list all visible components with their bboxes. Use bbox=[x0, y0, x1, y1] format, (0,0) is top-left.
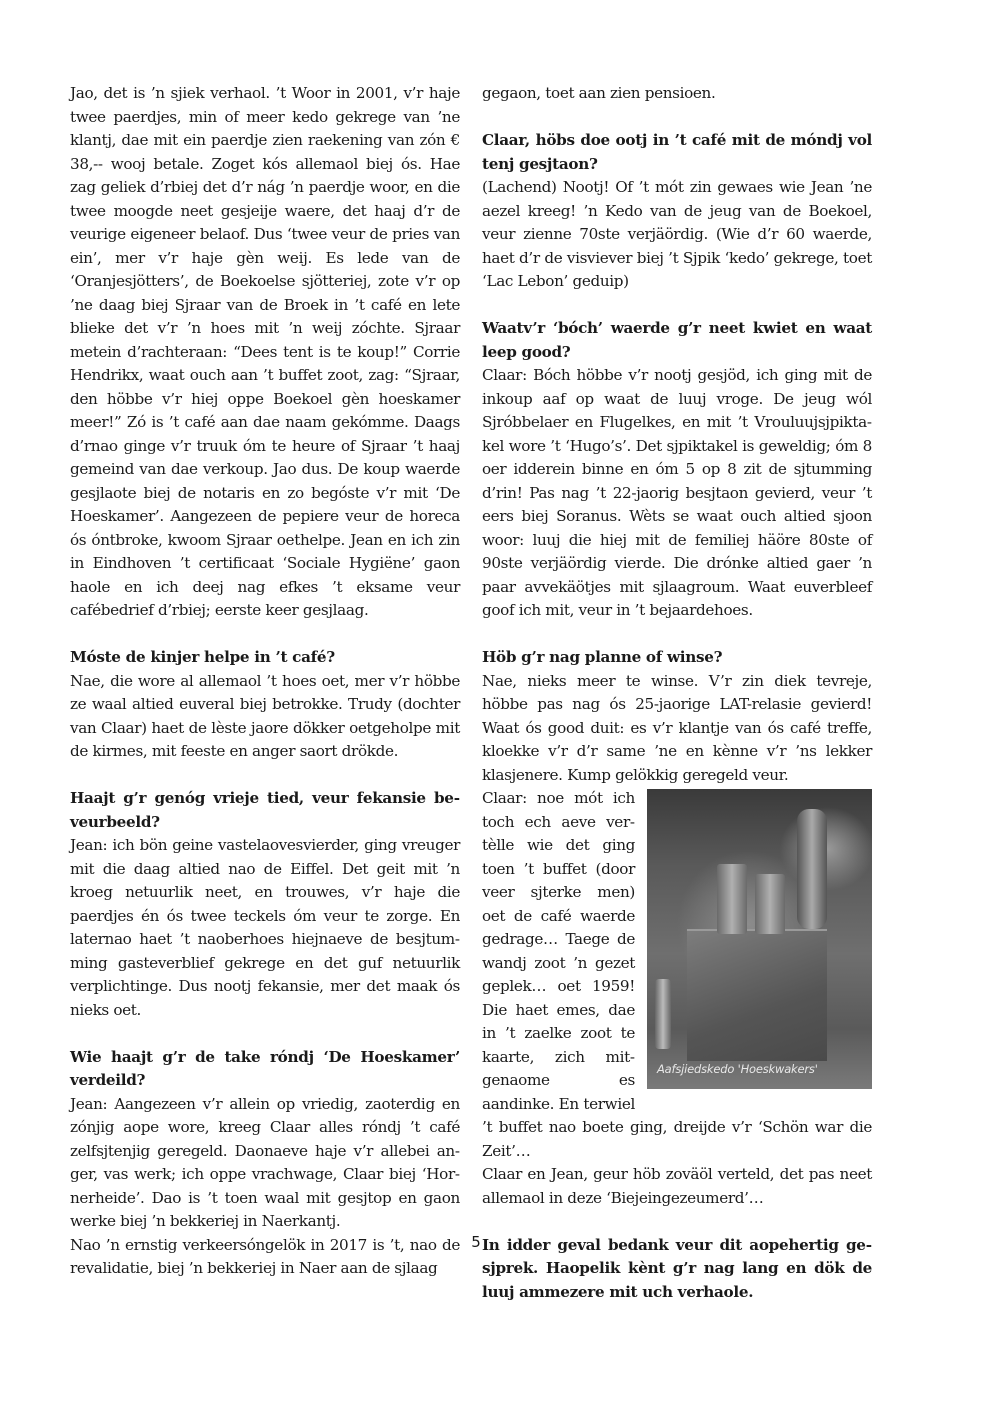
photo-box-shape bbox=[687, 929, 827, 1061]
answer-goods: Claar: Bóch höbbe v’r nootj gesjöd, ich … bbox=[482, 364, 872, 623]
right-column: gegaon, toet aan zien pensioen. Claar, h… bbox=[482, 82, 872, 1304]
answer-teeth: (Lachend) Nootj! Of ’t mót zin gewaes wi… bbox=[482, 176, 872, 294]
answer-task-division-cont: Nao ’n ernstig verkeersóngelök in 2017 i… bbox=[70, 1234, 460, 1281]
question-teeth: Claar, höbs doe ootj in ’t café mit de m… bbox=[482, 129, 872, 176]
question-kids-help: Móste de kinjer helpe in ’t café? bbox=[70, 646, 460, 670]
photo-tap-shape bbox=[717, 864, 747, 934]
photo-figurine-shape bbox=[797, 809, 827, 929]
answer-task-division: Jean: Aangezeen v’r allein op vriedig, z… bbox=[70, 1093, 460, 1234]
photo-tap-shape bbox=[755, 874, 785, 934]
intro-paragraph: Jao, det is ’n sjiek verhaol. ’t Woor in… bbox=[70, 82, 460, 623]
photo-farewell-gift: Aafsjiedskedo 'Hoeskwakers' bbox=[647, 789, 872, 1089]
photo-caption: Aafsjiedskedo 'Hoeskwakers' bbox=[657, 1058, 866, 1082]
photo-post-shape bbox=[655, 979, 671, 1049]
answer-kids-help: Nae, die wore al allemaol ’t hoes oet, m… bbox=[70, 670, 460, 764]
left-column: Jao, det is ’n sjiek verhaol. ’t Woor in… bbox=[70, 82, 460, 1281]
continuation-paragraph: gegaon, toet aan zien pensioen. bbox=[482, 82, 872, 106]
question-free-time: Haajt g’r genóg vrieje tied, veur fekans… bbox=[70, 787, 460, 834]
answer-plans-closing: Claar en Jean, geur höb zoväöl verteld, … bbox=[482, 1163, 872, 1210]
question-goods: Waatv’r ‘bóch’ waerde g’r neet kwiet en … bbox=[482, 317, 872, 364]
closing-thanks: In idder geval bedank veur dit aopeherti… bbox=[482, 1234, 872, 1305]
answer-free-time: Jean: ich bön geine vastelaovesvierder, … bbox=[70, 834, 460, 1022]
answer-plans: Nae, nieks meer te winse. V’r zin diek t… bbox=[482, 670, 872, 788]
page-number: 5 bbox=[466, 1233, 486, 1251]
question-task-division: Wie haajt g’r de take róndj ‘De Hoeskame… bbox=[70, 1046, 460, 1093]
question-plans: Höb g’r nag planne of winse? bbox=[482, 646, 872, 670]
